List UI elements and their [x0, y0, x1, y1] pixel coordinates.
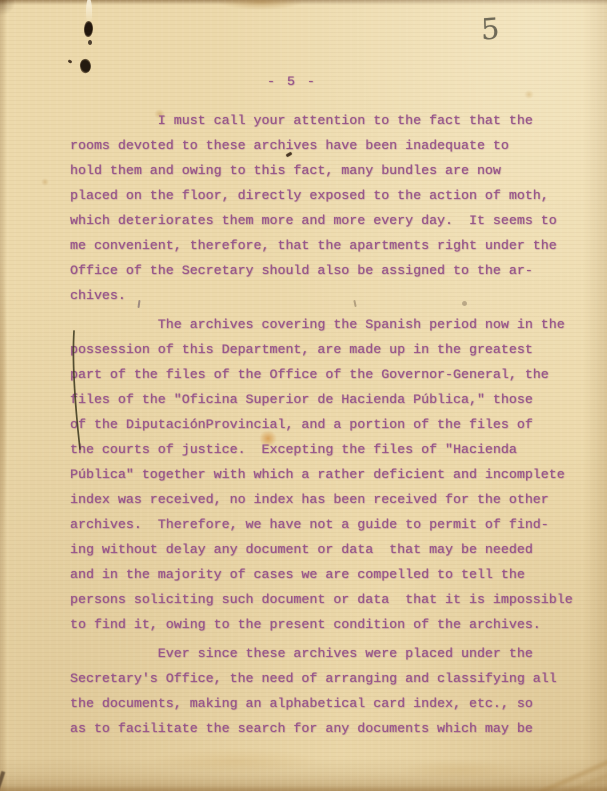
ink-blot-speck [68, 59, 73, 64]
scanned-document-page: 5 - 5 - I must call your attention to th… [0, 0, 607, 800]
stain-top-edge [218, 0, 304, 10]
typed-page-number: - 5 - [267, 74, 317, 89]
paragraph-3: Ever since these archives were placed un… [70, 641, 580, 741]
ink-blot [83, 21, 93, 38]
paper-sheet: 5 - 5 - I must call your attention to th… [0, 0, 607, 791]
ink-blot [78, 58, 92, 74]
stain-dot [41, 178, 49, 186]
handwritten-page-number: 5 [480, 11, 500, 47]
document-body: I must call your attention to the fact t… [70, 108, 580, 741]
paragraph-1: I must call your attention to the fact t… [70, 108, 580, 308]
stain-bottom [400, 760, 520, 780]
paragraph-2: The archives covering the Spanish period… [70, 312, 580, 637]
scanner-background-strip [0, 791, 607, 800]
stain-left-edge [0, 250, 8, 550]
margin-pen-line [68, 327, 86, 453]
stain-dot [524, 90, 534, 99]
ink-blot-tail [88, 40, 92, 45]
stain-bottom [150, 748, 320, 774]
